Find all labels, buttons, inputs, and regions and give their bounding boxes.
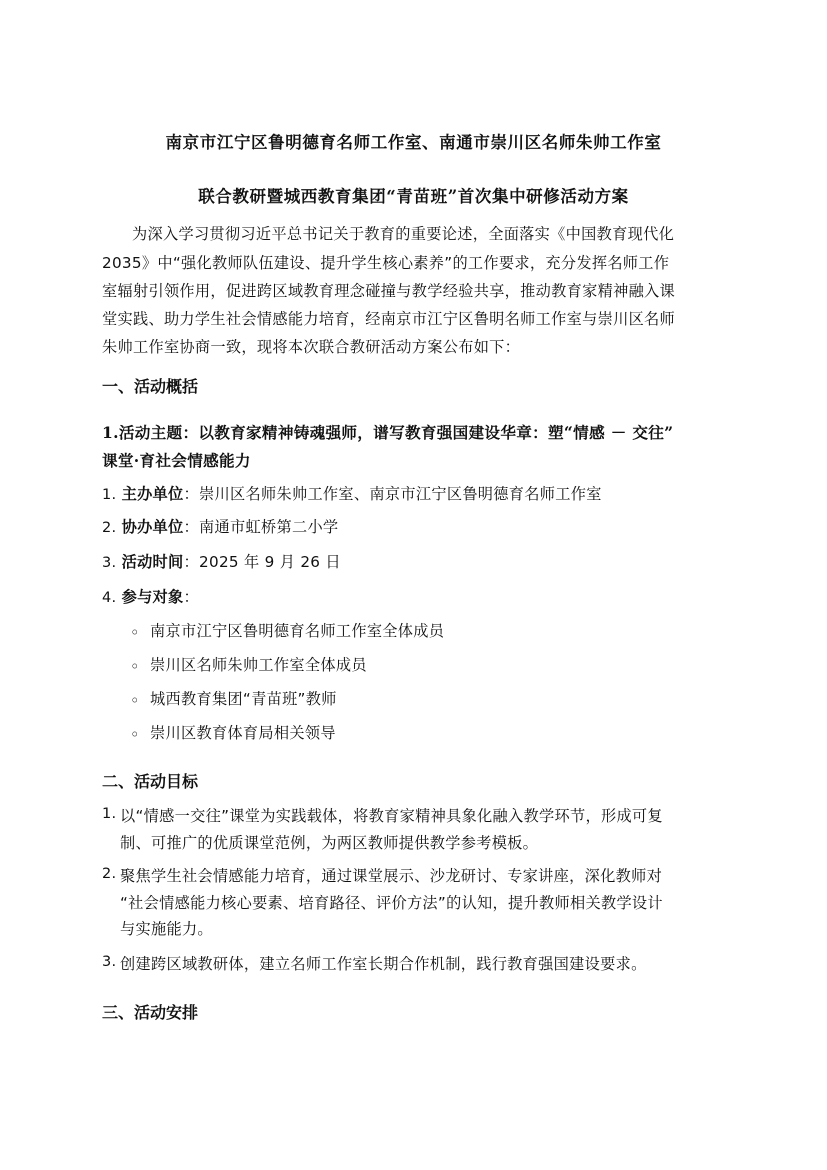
intro-line: 堂实践、助力学生社会情感能力培育，经南京市江宁区鲁明名师工作室与崇川区名师	[102, 308, 675, 329]
item-separator: ：	[184, 518, 200, 536]
item-value: 2025 年 9 月 26 日	[199, 553, 341, 571]
item-number: 1.	[102, 487, 116, 503]
item-value: 崇川区名师朱帅工作室、南京市江宁区鲁明德育名师工作室	[199, 485, 602, 503]
bullet-icon: ◦	[130, 623, 139, 642]
participant-item: 崇川区教育体育局相关领导	[150, 722, 336, 743]
overview-item-participants: 4. 参与对象：	[102, 586, 199, 607]
document-page: 南京市江宁区鲁明德育名师工作室、南通市崇川区名师朱帅工作室 联合教研暨城西教育集…	[0, 0, 827, 1170]
item-separator: ：	[184, 588, 200, 606]
overview-item-time: 3. 活动时间：2025 年 9 月 26 日	[102, 551, 341, 572]
goal-number: 1.	[102, 806, 116, 822]
bullet-icon: ◦	[130, 691, 139, 710]
participant-item: 城西教育集团“青苗班”教师	[150, 688, 337, 709]
goal-line: 聚焦学生社会情感能力培育，通过课堂展示、沙龙研讨、专家讲座，深化教师对	[120, 865, 662, 886]
bullet-icon: ◦	[130, 725, 139, 744]
activity-theme-line-1: 1.活动主题：以教育家精神铸魂强师，谱写教育强国建设华章：塑“情感 － 交往”	[102, 421, 673, 443]
bullet-icon: ◦	[130, 657, 139, 676]
item-number: 2.	[102, 520, 116, 536]
overview-item-organizer: 1. 主办单位：崇川区名师朱帅工作室、南京市江宁区鲁明德育名师工作室	[102, 483, 602, 504]
section-heading-goals: 二、活动目标	[102, 769, 198, 792]
activity-theme-line-2: 课堂·育社会情感能力	[102, 449, 251, 471]
goal-line: 与实施能力。	[120, 918, 213, 939]
intro-line: 室辐射引领作用，促进跨区域教育理念碰撞与教学经验共享，推动教育家精神融入课	[102, 280, 675, 301]
goal-number: 2.	[102, 866, 116, 882]
item-separator: ：	[184, 485, 200, 503]
document-title-line-1: 南京市江宁区鲁明德育名师工作室、南通市崇川区名师朱帅工作室	[0, 129, 827, 153]
item-number: 4.	[102, 590, 116, 606]
goal-line: “社会情感能力核心要素、培育路径、评价方法”的认知，提升教师相关教学设计	[120, 892, 663, 913]
item-separator: ：	[184, 553, 200, 571]
item-label: 协办单位	[122, 518, 184, 536]
item-label: 主办单位	[122, 485, 184, 503]
item-number: 3.	[102, 555, 116, 571]
section-heading-overview: 一、活动概括	[102, 374, 198, 397]
goal-line: 创建跨区域教研体，建立名师工作室长期合作机制，践行教育强国建设要求。	[120, 953, 647, 974]
item-label: 参与对象	[122, 588, 184, 606]
participant-item: 崇川区名师朱帅工作室全体成员	[150, 654, 367, 675]
goal-line: 制、可推广的优质课堂范例，为两区教师提供教学参考模板。	[120, 832, 538, 853]
intro-line: 2035》中“强化教师队伍建设、提升学生核心素养”的工作要求，充分发挥名师工作	[102, 252, 669, 273]
item-value: 南通市虹桥第二小学	[199, 518, 338, 536]
overview-item-co-organizer: 2. 协办单位：南通市虹桥第二小学	[102, 516, 338, 537]
goal-number: 3.	[102, 954, 116, 970]
intro-line: 为深入学习贯彻习近平总书记关于教育的重要论述，全面落实《中国教育现代化	[132, 223, 674, 244]
document-title-line-2: 联合教研暨城西教育集团“青苗班”首次集中研修活动方案	[0, 183, 827, 207]
intro-line: 朱帅工作室协商一致，现将本次联合教研活动方案公布如下：	[102, 336, 520, 357]
section-heading-schedule: 三、活动安排	[102, 1000, 198, 1023]
participant-item: 南京市江宁区鲁明德育名师工作室全体成员	[150, 620, 444, 641]
item-label: 活动时间	[122, 553, 184, 571]
goal-line: 以“情感一交往”课堂为实践载体，将教育家精神具象化融入教学环节，形成可复	[120, 805, 663, 826]
